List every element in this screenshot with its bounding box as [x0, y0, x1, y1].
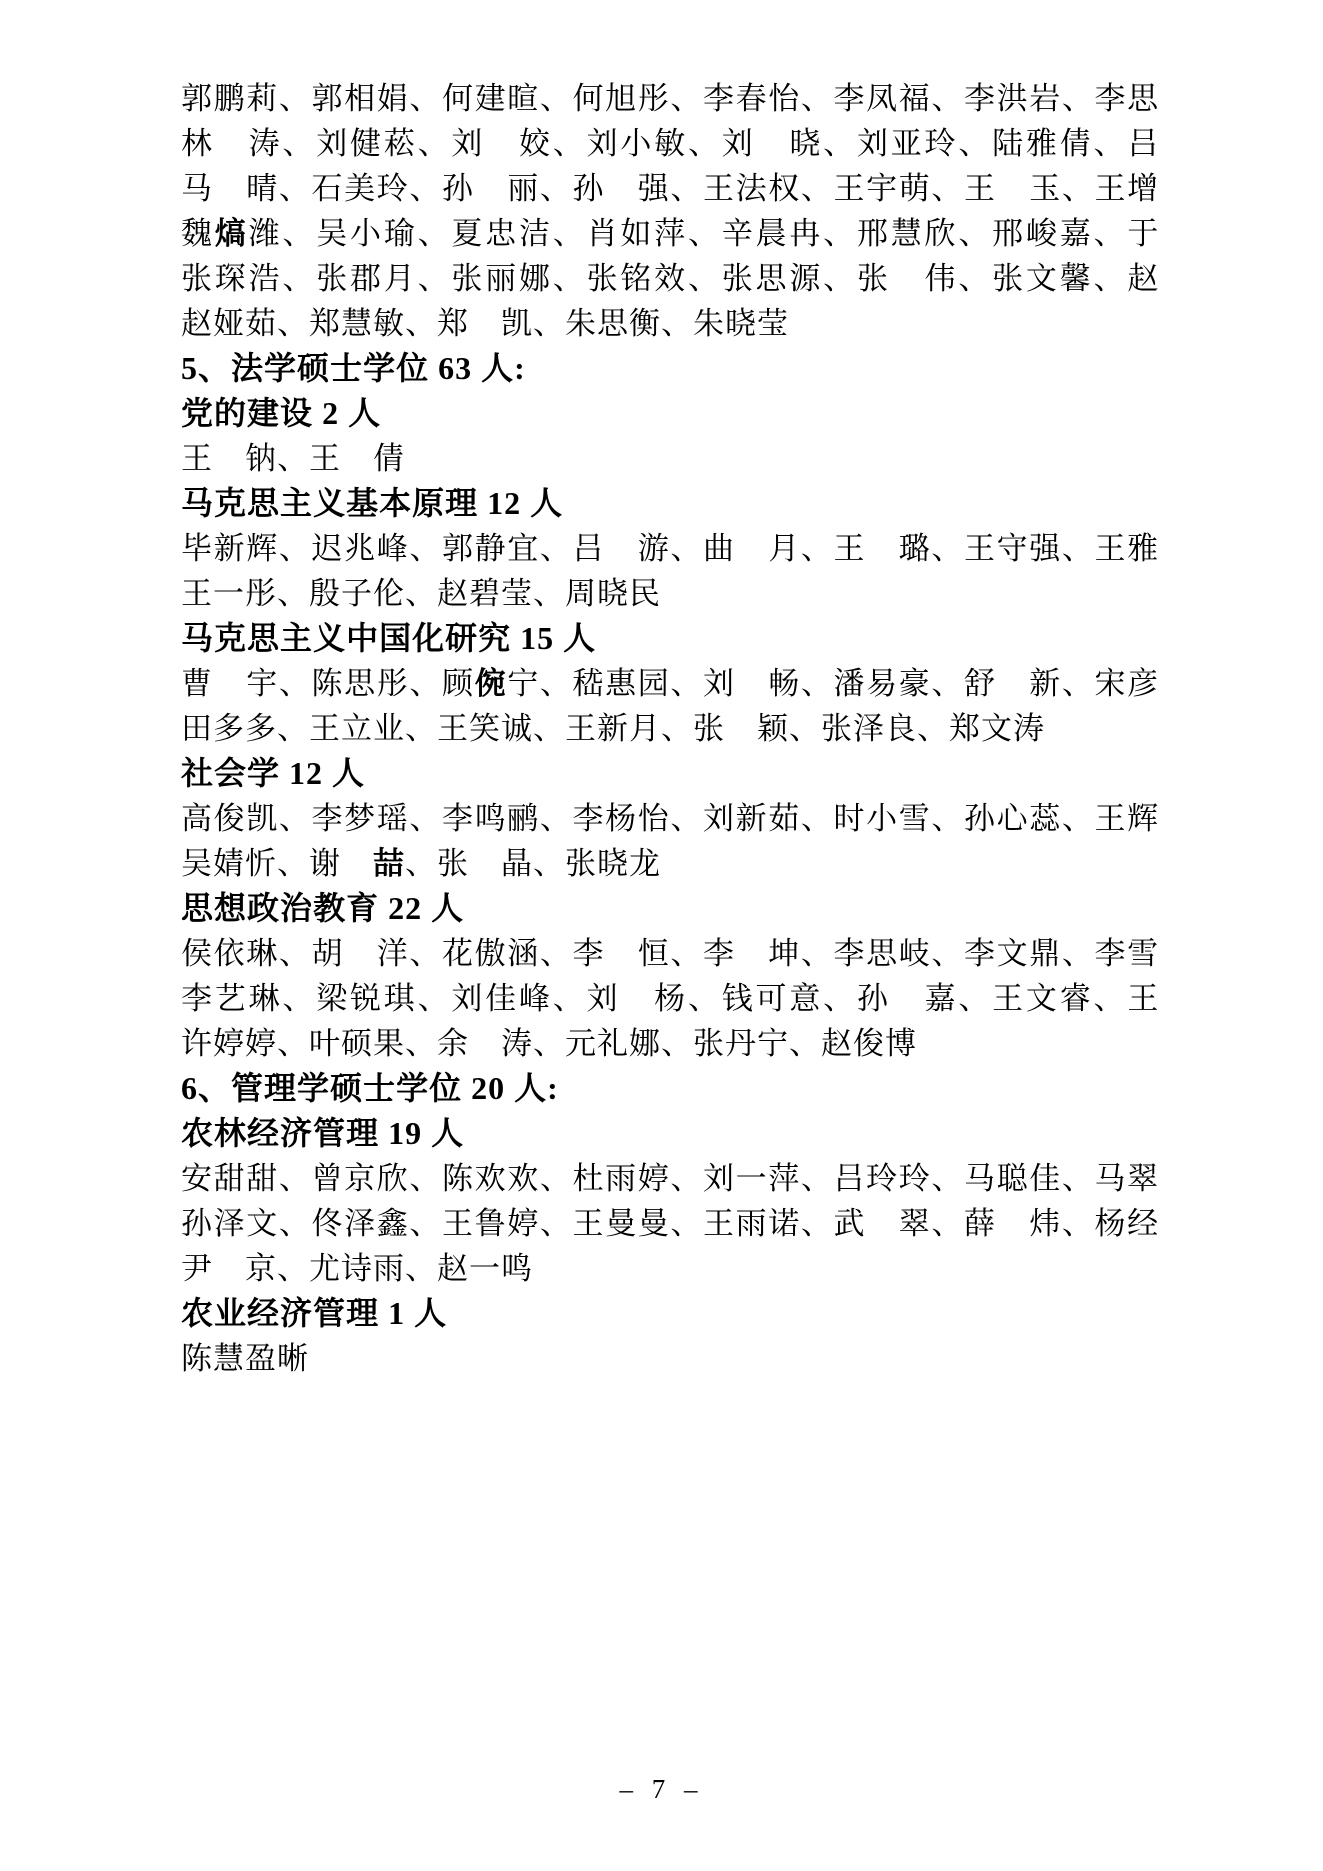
text-line: 毕新辉、迟兆峰、郭静宜、吕 游、曲 月、王 璐、王守强、王雅萍、: [181, 526, 1159, 571]
subsection-heading: 马克思主义中国化研究 15 人: [181, 616, 1159, 661]
text-line: 安甜甜、曾京欣、陈欢欢、杜雨婷、刘一萍、吕玲玲、马聪佳、马翠翠、: [181, 1156, 1159, 1201]
text-line: 马 晴、石美玲、孙 丽、孙 强、王法权、王宇萌、王 玉、王增发、: [181, 166, 1159, 211]
subsection-heading: 马克思主义基本原理 12 人: [181, 481, 1159, 526]
subsection-heading: 党的建设 2 人: [181, 391, 1159, 436]
text-line: 田多多、王立业、王笑诚、王新月、张 颖、张泽良、郑文涛: [181, 706, 1159, 751]
text-line: 孙泽文、佟泽鑫、王鲁婷、王曼曼、王雨诺、武 翠、薛 炜、杨经伟、: [181, 1201, 1159, 1246]
text-line: 尹 京、尤诗雨、赵一鸣: [181, 1246, 1159, 1291]
text-line: 曹 宇、陈思彤、顾倇宁、嵇惠园、刘 畅、潘易豪、舒 新、宋彦霖、: [181, 661, 1159, 706]
text-line: 陈慧盈晰: [181, 1336, 1159, 1381]
text-line: 吴婧忻、谢 喆、张 晶、张晓龙: [181, 841, 1159, 886]
subsection-heading: 农林经济管理 19 人: [181, 1111, 1159, 1156]
substituted-glyph: 熇: [215, 216, 249, 252]
text-line: 郭鹏莉、郭相娟、何建暄、何旭彤、李春怡、李凤福、李洪岩、李思雯、: [181, 76, 1159, 121]
text-line: 林 涛、刘健菘、刘 姣、刘小敏、刘 晓、刘亚玲、陆雅倩、吕 雪、: [181, 121, 1159, 166]
subsection-heading: 社会学 12 人: [181, 751, 1159, 796]
section-heading: 5、法学硕士学位 63 人:: [181, 346, 1159, 391]
section-heading: 6、管理学硕士学位 20 人:: [181, 1066, 1159, 1111]
text-line: 赵娅茹、郑慧敏、郑 凯、朱思衡、朱晓莹: [181, 301, 1159, 346]
text-line: 侯依琳、胡 洋、花傲涵、李 恒、李 坤、李思岐、李文鼎、李雪情、: [181, 931, 1159, 976]
subsection-heading: 思想政治教育 22 人: [181, 886, 1159, 931]
page-number: – 7 –: [0, 1772, 1323, 1806]
substituted-glyph: 喆: [373, 846, 405, 882]
document-body: 郭鹏莉、郭相娟、何建暄、何旭彤、李春怡、李凤福、李洪岩、李思雯、林 涛、刘健菘、…: [181, 76, 1159, 1381]
text-line: 张琛浩、张郡月、张丽娜、张铭效、张思源、张 伟、张文馨、赵 琛、: [181, 256, 1159, 301]
text-line: 王 钠、王 倩: [181, 436, 1159, 481]
text-line: 魏熇潍、吴小瑜、夏忠洁、肖如萍、辛晨冉、邢慧欣、邢峻嘉、于 晶、: [181, 211, 1159, 256]
text-line: 李艺琳、梁锐琪、刘佳峰、刘 杨、钱可意、孙 嘉、王文睿、王 野、: [181, 976, 1159, 1021]
text-line: 高俊凯、李梦瑶、李鸣鹂、李杨怡、刘新茹、时小雪、孙心蕊、王辉煌、: [181, 796, 1159, 841]
document-page: 郭鹏莉、郭相娟、何建暄、何旭彤、李春怡、李凤福、李洪岩、李思雯、林 涛、刘健菘、…: [0, 0, 1323, 1871]
subsection-heading: 农业经济管理 1 人: [181, 1291, 1159, 1336]
text-line: 王一彤、殷子伦、赵碧莹、周晓民: [181, 571, 1159, 616]
text-line: 许婷婷、叶硕果、余 涛、元礼娜、张丹宁、赵俊博: [181, 1021, 1159, 1066]
substituted-glyph: 倇: [475, 666, 508, 702]
